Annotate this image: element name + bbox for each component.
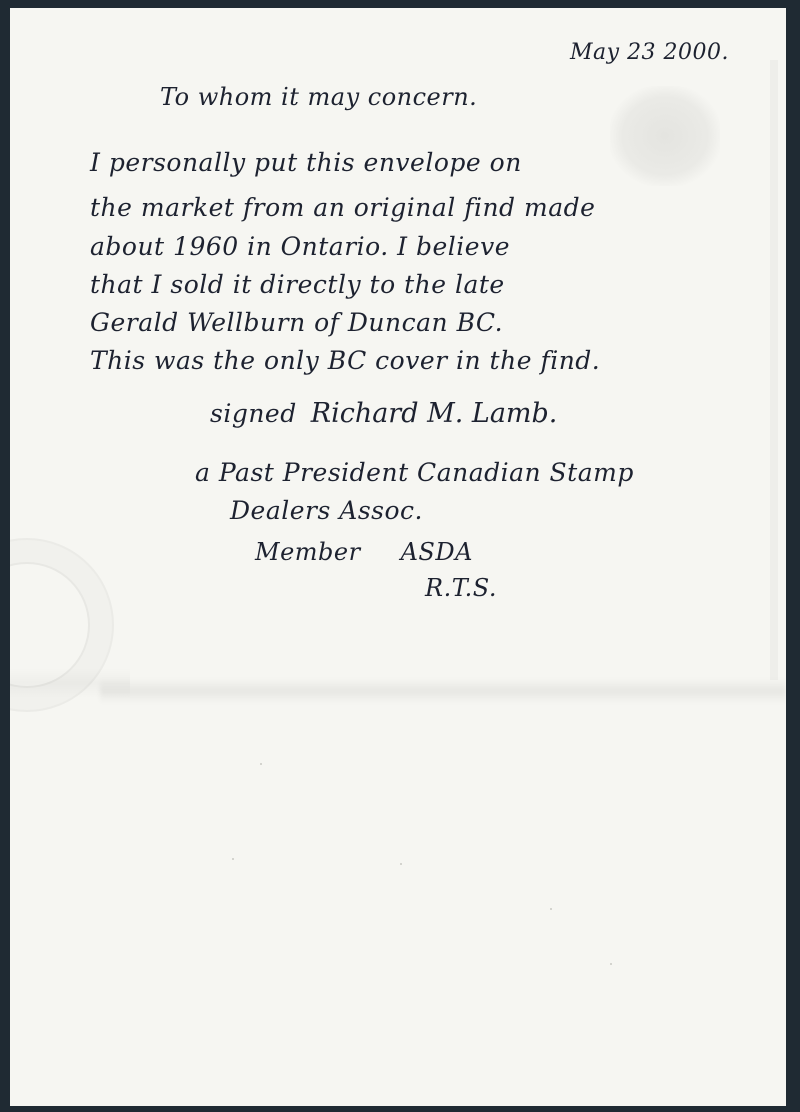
signed-label: signed [210,399,297,428]
body-line-6: This was the only BC cover in the find. [90,346,600,375]
body-line-5: Gerald Wellburn of Duncan BC. [90,308,503,337]
membership-label: Member [255,538,361,566]
paper-speck [400,863,402,865]
letter-paper: May 23 2000. To whom it may concern. I p… [10,8,786,1106]
membership-org: ASDA [401,538,473,566]
letter-date: May 23 2000. [570,40,729,65]
credential-line-2: Dealers Assoc. [230,496,423,525]
salutation: To whom it may concern. [160,83,477,111]
body-line-1: I personally put this envelope on [90,148,522,177]
paper-fold-shadow-left [10,668,130,698]
body-line-2: the market from an original find made [90,193,595,222]
body-line-3: about 1960 in Ontario. I believe [90,232,510,261]
paper-speck [550,908,552,910]
crest-watermark-icon [610,86,720,186]
paper-fold-shadow [100,678,786,704]
membership-line: MemberASDA [255,538,473,566]
paper-speck [610,963,612,965]
credential-line-1: a Past President Canadian Stamp [195,458,634,487]
paper-speck [260,763,262,765]
body-line-4: that I sold it directly to the late [90,270,505,299]
membership-org-2: R.T.S. [425,574,497,602]
paper-speck [232,858,234,860]
signature: Richard M. Lamb. [311,398,558,429]
signature-block: signedRichard M. Lamb. [210,398,557,429]
